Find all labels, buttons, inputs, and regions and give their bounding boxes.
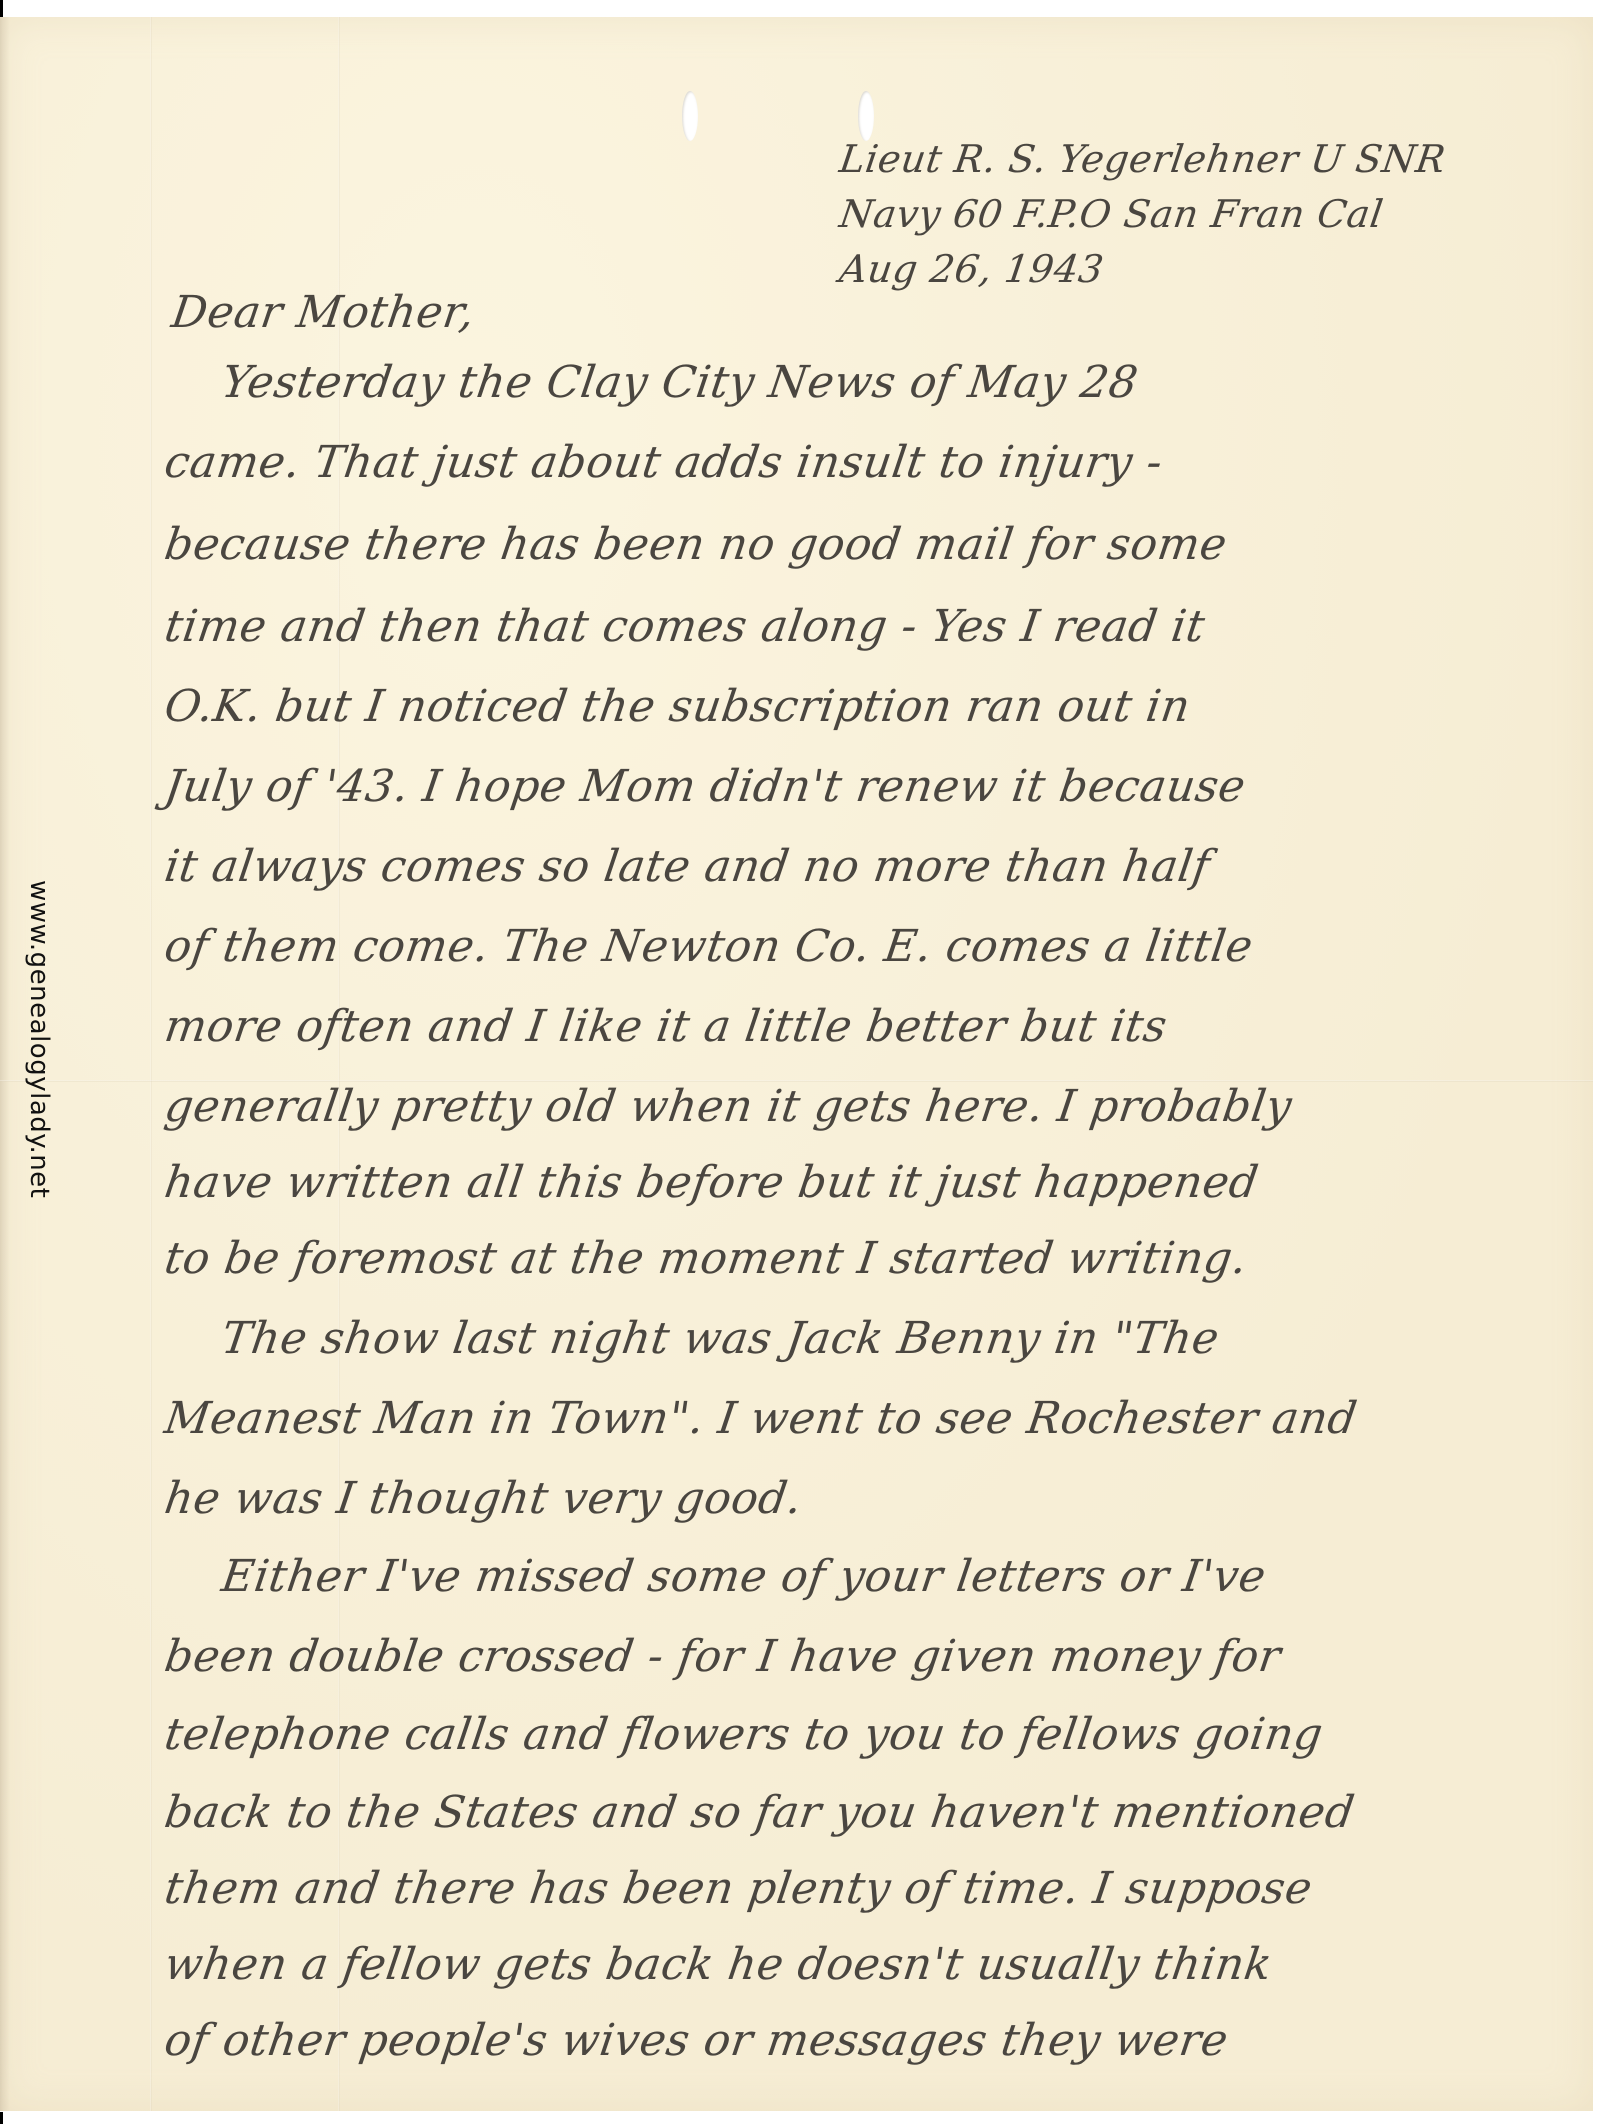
letter-line: of them come. The Newton Co. E. comes a … [161,921,1256,972]
letter-line: came. That just about adds insult to inj… [161,437,1165,488]
fold-line-vertical-1 [150,17,152,2111]
paper-left-edge [0,17,10,2111]
letter-line: back to the States and so far you haven'… [161,1787,1357,1838]
salutation: Dear Mother, [168,287,478,338]
letter-date: Aug 26, 1943 [837,247,1107,291]
letter-line: more often and I like it a little better… [161,1001,1170,1052]
letter-line: July of '43. I hope Mom didn't renew it … [161,761,1248,812]
letter-line: generally pretty old when it gets here. … [161,1081,1295,1132]
scan-edge-mark-bottom [0,2112,3,2124]
letter-line: when a fellow gets back he doesn't usual… [161,1939,1275,1990]
letter-line: to be foremost at the moment I started w… [161,1233,1250,1284]
letter-line: been double crossed - for I have given m… [161,1631,1284,1682]
letter-line: Yesterday the Clay City News of May 28 [218,357,1141,408]
letter-line: because there has been no good mail for … [161,519,1230,570]
letter-line: he was I thought very good. [161,1473,805,1524]
letter-line: them and there has been plenty of time. … [161,1863,1315,1914]
scan-edge-mark-top [0,0,3,18]
website-watermark: www.genealogylady.net [14,880,54,1250]
letter-line: it always comes so late and no more than… [161,841,1213,892]
punch-hole-left [682,91,698,141]
punch-hole-right [858,91,874,141]
letter-line: O.K. but I noticed the subscription ran … [161,681,1193,732]
letter-line: Either I've missed some of your letters … [218,1551,1269,1602]
sender-address: Navy 60 F.P.O San Fran Cal [837,192,1386,236]
letter-line: have written all this before but it just… [161,1157,1261,1208]
letter-line: Meanest Man in Town". I went to see Roch… [161,1393,1360,1444]
letter-line: telephone calls and flowers to you to fe… [161,1709,1326,1760]
letter-line: of other people's wives or messages they… [161,2015,1231,2066]
sender-name: Lieut R. S. Yegerlehner U SNR [837,137,1449,181]
letter-page: Lieut R. S. Yegerlehner U SNR Navy 60 F.… [0,17,1593,2111]
letter-line: time and then that comes along - Yes I r… [161,601,1208,652]
letter-line: The show last night was Jack Benny in "T… [218,1313,1222,1364]
